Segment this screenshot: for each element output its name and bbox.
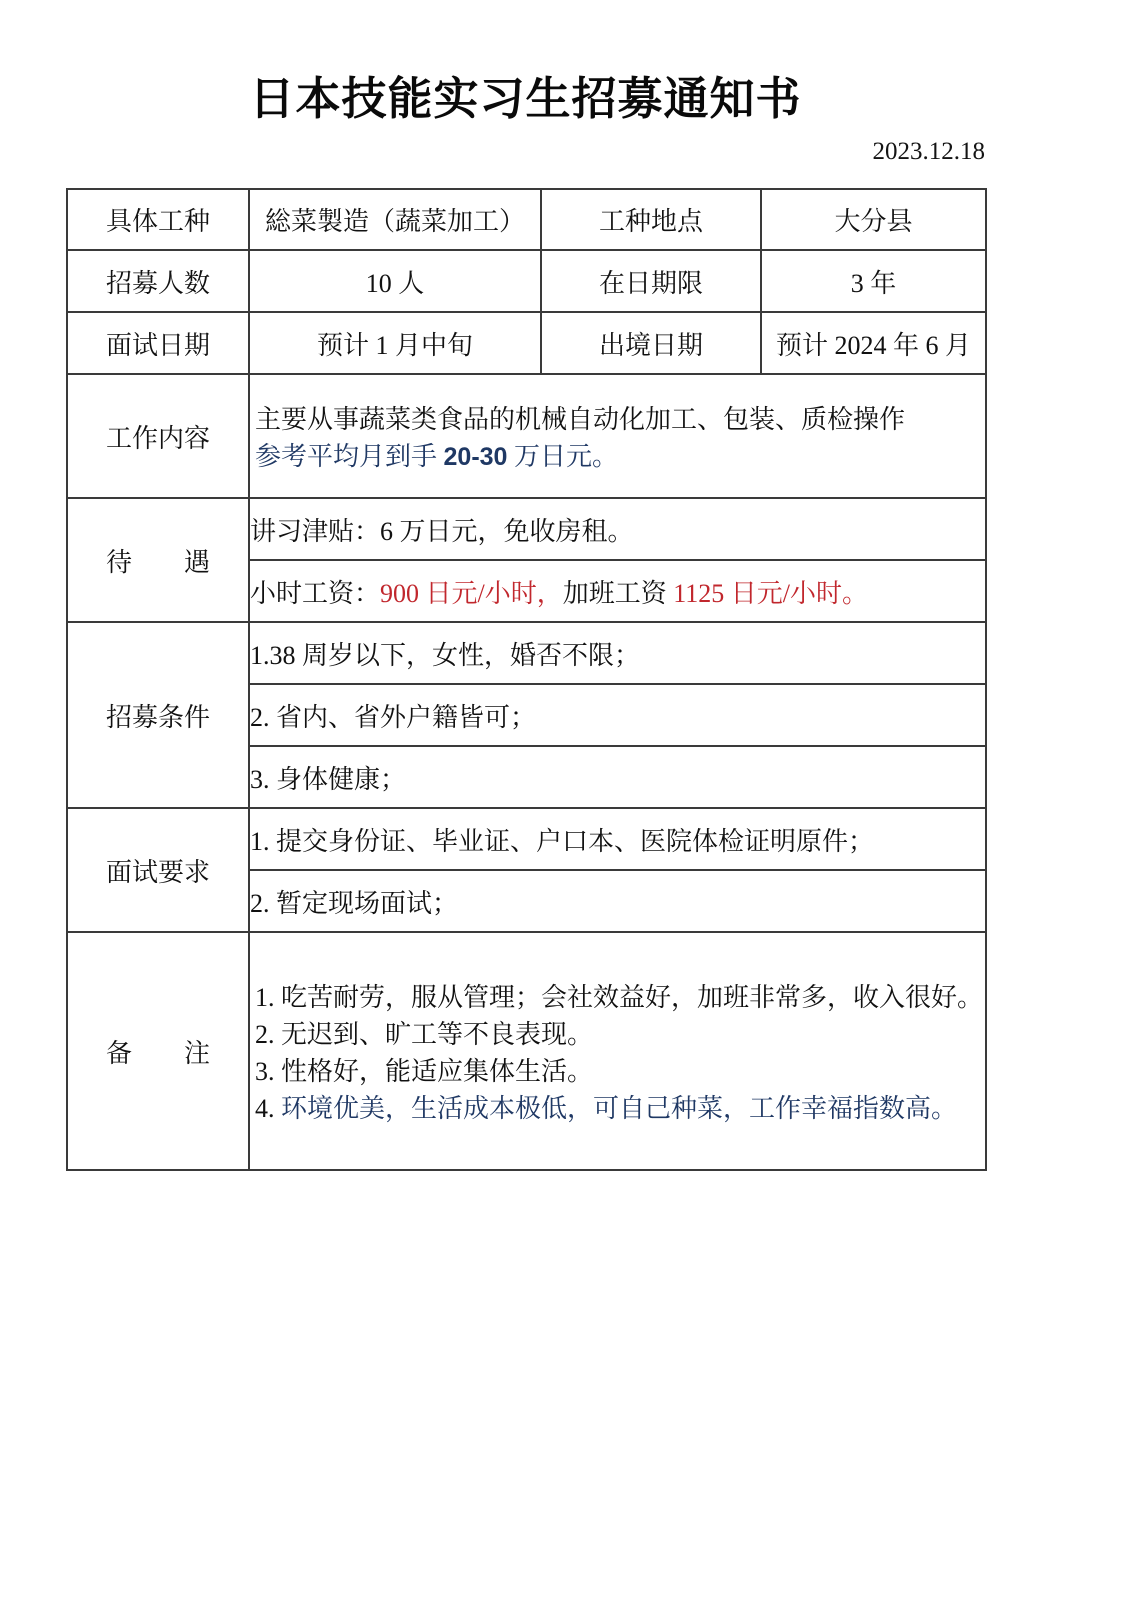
value-interview-date: 预计 1 月中旬 [249,312,541,374]
table-row: 待 遇 讲习津贴：6 万日元，免收房租。 [67,498,986,560]
remark-item: 3. 性格好，能适应集体生活。 [255,1051,985,1088]
label-job-location: 工种地点 [541,189,761,250]
remark-item4-text: 环境优美，生活成本极低，可自己种菜，工作幸福指数高。 [281,1094,957,1123]
table-row: 工作内容 主要从事蔬菜类食品的机械自动化加工、包装、质检操作 参考平均月到手 2… [67,374,986,498]
label-recruit-count: 招募人数 [67,250,249,312]
overtime-label: 加班工资 [563,579,674,608]
label-stay-period: 在日期限 [541,250,761,312]
value-recruit-count: 10 人 [249,250,541,312]
condition-item: 1.38 周岁以下，女性，婚否不限； [249,622,986,684]
wage-overtime: 1125 日元/小时。 [673,579,868,608]
table-row: 招募条件 1.38 周岁以下，女性，婚否不限； [67,622,986,684]
table-row: 具体工种 総菜製造（蔬菜加工） 工种地点 大分县 [67,189,986,250]
cell-remarks: 1. 吃苦耐劳，服从管理；会社效益好，加班非常多，收入很好。 2. 无迟到、旷工… [249,932,986,1170]
label-work-content: 工作内容 [67,374,249,498]
label-remarks: 备 注 [67,932,249,1170]
remark-item4-number: 4. [255,1094,281,1123]
value-job-type: 総菜製造（蔬菜加工） [249,189,541,250]
condition-item: 3. 身体健康； [249,746,986,808]
work-content-line2: 参考平均月到手 20-30 万日元。 [255,436,985,473]
wage-hourly: 900 日元/小时， [380,579,563,608]
wage-label: 小时工资： [250,579,380,608]
requirement-item: 1. 提交身份证、毕业证、户口本、医院体检证明原件； [249,808,986,870]
label-recruit-conditions: 招募条件 [67,622,249,808]
work-content-line1: 主要从事蔬菜类食品的机械自动化加工、包装、质检操作 [255,399,985,436]
remark-item: 1. 吃苦耐劳，服从管理；会社效益好，加班非常多，收入很好。 [255,977,985,1014]
table-row: 招募人数 10 人 在日期限 3 年 [67,250,986,312]
label-interview-date: 面试日期 [67,312,249,374]
label-interview-requirements: 面试要求 [67,808,249,932]
page-title: 日本技能实习生招募通知书 [66,62,985,127]
requirement-item: 2. 暂定现场面试； [249,870,986,932]
work-content-line2-prefix: 参考平均月到手 [255,442,444,471]
value-stay-period: 3 年 [761,250,986,312]
treatment-allowance: 讲习津贴：6 万日元，免收房租。 [249,498,986,560]
document-page: 日本技能实习生招募通知书 2023.12.18 具体工种 総菜製造（蔬菜加工） … [0,0,1131,1600]
value-departure-date: 预计 2024 年 6 月 [761,312,986,374]
table-row: 面试要求 1. 提交身份证、毕业证、户口本、医院体检证明原件； [67,808,986,870]
work-content-salary-range: 20-30 [444,443,508,471]
label-departure-date: 出境日期 [541,312,761,374]
table-row: 备 注 1. 吃苦耐劳，服从管理；会社效益好，加班非常多，收入很好。 2. 无迟… [67,932,986,1170]
recruitment-table: 具体工种 総菜製造（蔬菜加工） 工种地点 大分县 招募人数 10 人 在日期限 … [66,188,987,1171]
remark-item: 4. 环境优美，生活成本极低，可自己种菜，工作幸福指数高。 [255,1088,985,1125]
label-treatment: 待 遇 [67,498,249,622]
label-job-type: 具体工种 [67,189,249,250]
treatment-wage: 小时工资：900 日元/小时，加班工资 1125 日元/小时。 [249,560,986,622]
document-date: 2023.12.18 [66,138,985,166]
value-job-location: 大分县 [761,189,986,250]
condition-item: 2. 省内、省外户籍皆可； [249,684,986,746]
cell-work-content: 主要从事蔬菜类食品的机械自动化加工、包装、质检操作 参考平均月到手 20-30 … [249,374,986,498]
table-row: 面试日期 预计 1 月中旬 出境日期 预计 2024 年 6 月 [67,312,986,374]
remark-item: 2. 无迟到、旷工等不良表现。 [255,1014,985,1051]
work-content-line2-suffix: 万日元。 [507,442,618,471]
